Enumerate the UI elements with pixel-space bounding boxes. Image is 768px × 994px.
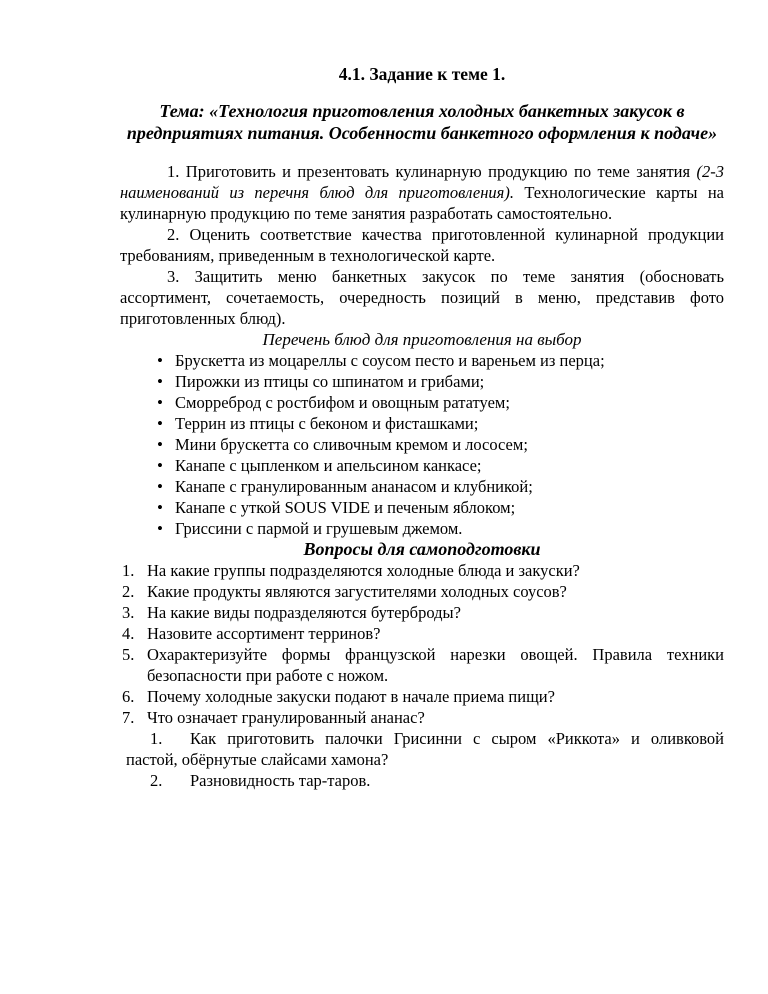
- question-number: 4.: [122, 623, 134, 644]
- dish-item: Канапе с уткой SOUS VIDE и печеным яблок…: [120, 497, 724, 518]
- question-item: 3.На какие виды подразделяются бутерброд…: [120, 602, 724, 623]
- question-number: 1.: [122, 560, 134, 581]
- question-item: 7.Что означает гранулированный ананас?: [120, 707, 724, 728]
- dish-list: Брускетта из моцареллы с соусом песто и …: [120, 350, 724, 539]
- extra-question-text: Разновидность тар-таров.: [190, 771, 370, 790]
- question-text: Охарактеризуйте формы французской нарезк…: [147, 645, 724, 685]
- questions-list: 1.На какие группы подразделяются холодны…: [120, 560, 724, 728]
- question-item: 6.Почему холодные закуски подают в начал…: [120, 686, 724, 707]
- theme-title: Тема: «Технология приготовления холодных…: [120, 100, 724, 144]
- dish-item: Террин из птицы с беконом и фисташками;: [120, 413, 724, 434]
- dish-item: Брускетта из моцареллы с соусом песто и …: [120, 350, 724, 371]
- question-text: Какие продукты являются загустителями хо…: [147, 582, 567, 601]
- question-number: 2.: [122, 581, 134, 602]
- dish-item: Гриссини с пармой и грушевым джемом.: [120, 518, 724, 539]
- dish-item: Канапе с цыпленком и апельсином канкасе;: [120, 455, 724, 476]
- extra-question-number: 2.: [150, 770, 190, 791]
- question-item: 2.Какие продукты являются загустителями …: [120, 581, 724, 602]
- dish-item: Мини брускетта со сливочным кремом и лос…: [120, 434, 724, 455]
- question-text: Почему холодные закуски подают в начале …: [147, 687, 555, 706]
- question-item: 4.Назовите ассортимент терринов?: [120, 623, 724, 644]
- dish-item: Сморреброд с ростбифом и овощным рататуе…: [120, 392, 724, 413]
- question-number: 5.: [122, 644, 134, 665]
- task-paragraph-1: 1. Приготовить и презентовать кулинарную…: [120, 161, 724, 224]
- extra-question-1: 1.Как приготовить палочки Грисинни с сыр…: [120, 728, 724, 770]
- task-paragraph-2: 2. Оценить соответствие качества пригото…: [120, 224, 724, 266]
- question-text: Назовите ассортимент терринов?: [147, 624, 380, 643]
- question-text: Что означает гранулированный ананас?: [147, 708, 425, 727]
- question-number: 3.: [122, 602, 134, 623]
- question-item: 5.Охарактеризуйте формы французской наре…: [120, 644, 724, 686]
- extra-question-text: Как приготовить палочки Грисинни с сыром…: [126, 729, 724, 769]
- document-page: 4.1. Задание к теме 1. Тема: «Технология…: [0, 0, 768, 994]
- question-number: 6.: [122, 686, 134, 707]
- questions-heading: Вопросы для самоподготовки: [120, 539, 724, 560]
- question-text: На какие группы подразделяются холодные …: [147, 561, 580, 580]
- dish-item: Пирожки из птицы со шпинатом и грибами;: [120, 371, 724, 392]
- extra-question-number: 1.: [150, 728, 190, 749]
- page-title: 4.1. Задание к теме 1.: [120, 63, 724, 85]
- extra-question-2: 2.Разновидность тар-таров.: [120, 770, 724, 791]
- question-text: На какие виды подразделяются бутерброды?: [147, 603, 461, 622]
- task-paragraph-3: 3. Защитить меню банкетных закусок по те…: [120, 266, 724, 329]
- task-1-text-start: 1. Приготовить и презентовать кулинарную…: [167, 162, 697, 181]
- question-number: 7.: [122, 707, 134, 728]
- question-item: 1.На какие группы подразделяются холодны…: [120, 560, 724, 581]
- dish-list-heading: Перечень блюд для приготовления на выбор: [120, 329, 724, 350]
- dish-item: Канапе с гранулированным ананасом и клуб…: [120, 476, 724, 497]
